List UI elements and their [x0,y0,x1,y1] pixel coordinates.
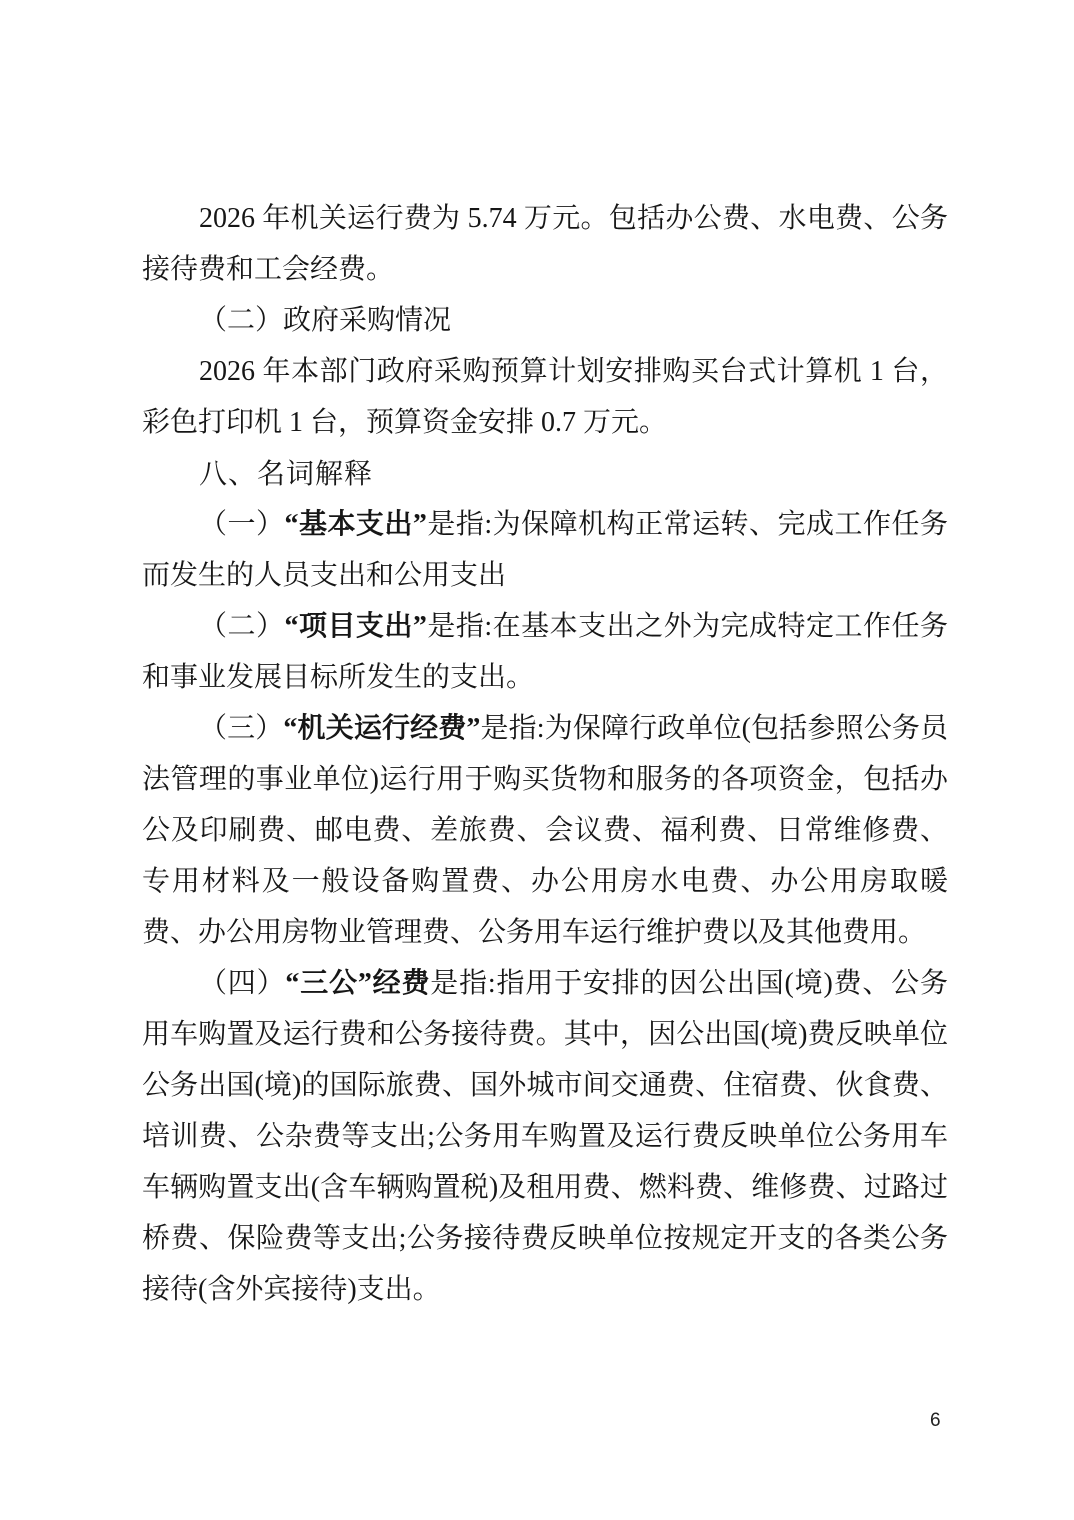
text-run: 八、名词解释 [199,458,373,489]
section-heading: 八、名词解释 [142,448,948,499]
paragraph: （三）“机关运行经费”是指:为保障行政单位(包括参照公务员法管理的事业单位)运行… [142,703,948,958]
paragraph: （二）“项目支出”是指:在基本支出之外为完成特定工作任务和事业发展目标所发生的支… [142,601,948,703]
defined-term-text-run: “基本支出” [284,509,426,540]
text-run: 是指:指用于安排的因公出国(境)费、公务用车购置及运行费和公务接待费。其中，因公… [142,968,948,1305]
text-run: 2026 年本部门政府采购预算计划安排购买台式计算机 1 台，彩色打印机 1 台… [142,356,948,438]
paragraph: （一）“基本支出”是指:为保障机构正常运转、完成工作任务而发生的人员支出和公用支… [142,499,948,601]
page-number: 6 [930,1408,941,1434]
paragraph: 2026 年本部门政府采购预算计划安排购买台式计算机 1 台，彩色打印机 1 台… [142,346,948,448]
text-run: （一） [199,509,284,540]
text-run: （二）政府采购情况 [199,305,451,336]
defined-term-text-run: “项目支出” [284,611,426,642]
text-run: （四） [199,968,285,999]
paragraph: 2026 年机关运行费为 5.74 万元。包括办公费、水电费、公务接待费和工会经… [142,193,948,295]
text-run: 2026 年机关运行费为 5.74 万元。包括办公费、水电费、公务接待费和工会经… [142,203,948,285]
text-run: 是指:为保障行政单位(包括参照公务员法管理的事业单位)运行用于购买货物和服务的各… [142,713,948,948]
defined-term-text-run: “机关运行经费” [283,713,480,744]
text-run: （三） [199,713,283,744]
text-run: （二） [199,611,284,642]
paragraph: （四）“三公”经费是指:指用于安排的因公出国(境)费、公务用车购置及运行费和公务… [142,958,948,1315]
section-heading: （二）政府采购情况 [142,295,948,346]
defined-term-text-run: “三公”经费 [285,968,430,999]
document-body: 2026 年机关运行费为 5.74 万元。包括办公费、水电费、公务接待费和工会经… [142,193,948,1315]
document-page: 2026 年机关运行费为 5.74 万元。包括办公费、水电费、公务接待费和工会经… [0,0,1074,1520]
